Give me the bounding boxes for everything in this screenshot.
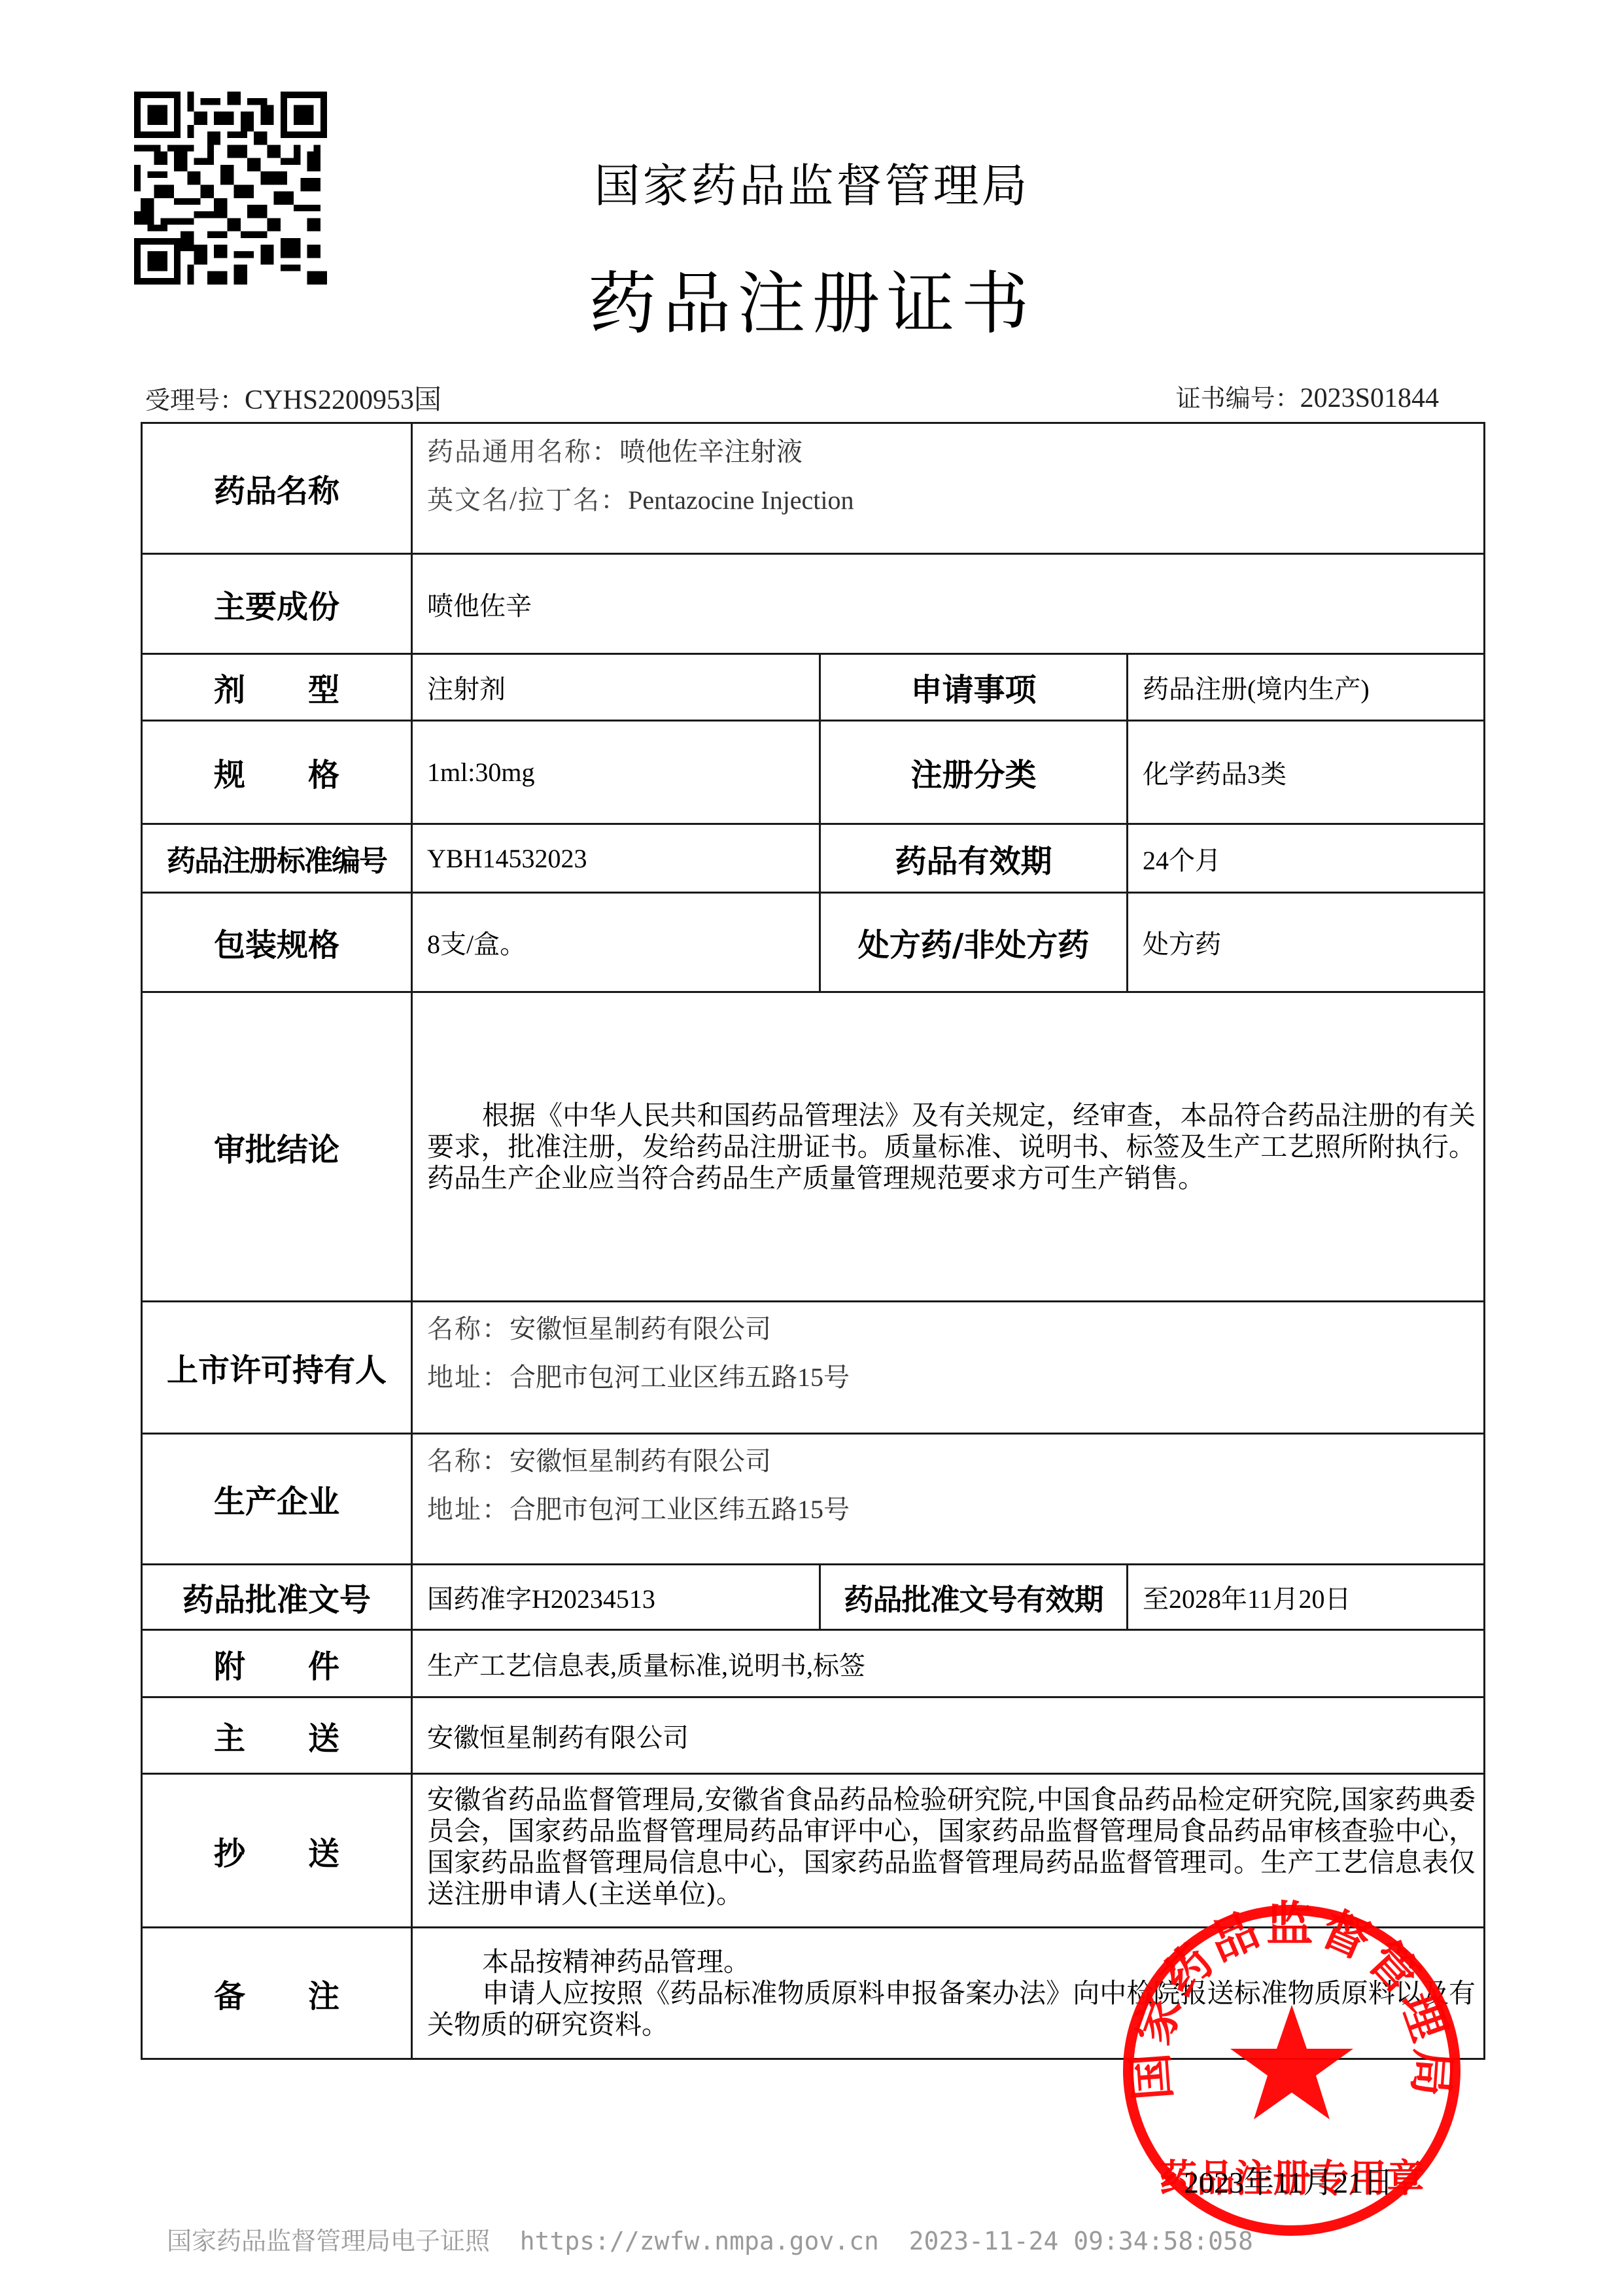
- value-main-recipient: 安徽恒星制药有限公司: [412, 1697, 1485, 1774]
- value-application-item: 药品注册(境内生产): [1128, 654, 1485, 721]
- value-main-ingredient: 喷他佐辛: [412, 554, 1485, 654]
- value-drug-name: 药品通用名称：喷他佐辛注射液 英文名/拉丁名：Pentazocine Injec…: [412, 423, 1485, 554]
- acceptance-number-value: CYHS2200953国: [245, 385, 441, 415]
- value-conclusion: 根据《中华人民共和国药品管理法》及有关规定，经审查，本品符合药品注册的有关要求，…: [412, 992, 1485, 1302]
- manufacturer-name: 安徽恒星制药有限公司: [510, 1446, 771, 1476]
- footer-url[interactable]: https://zwfw.nmpa.gov.cn: [520, 2227, 879, 2255]
- row-drug-name: 药品名称 药品通用名称：喷他佐辛注射液 英文名/拉丁名：Pentazocine …: [142, 423, 1485, 554]
- value-standard-number: YBH14532023: [412, 824, 820, 893]
- value-approval-number: 国药准字H20234513: [412, 1565, 820, 1630]
- value-attachments: 生产工艺信息表,质量标准,说明书,标签: [412, 1630, 1485, 1697]
- certificate-number-value: 2023S01844: [1300, 383, 1439, 413]
- manufacturer-address-label: 地址：: [427, 1495, 510, 1524]
- label-approval-number: 药品批准文号: [142, 1565, 412, 1630]
- certificate-title: 药品注册证书: [0, 249, 1624, 347]
- manufacturer-name-label: 名称：: [427, 1446, 510, 1476]
- english-name-value: Pentazocine Injection: [628, 485, 854, 515]
- row-main-ingredient: 主要成份 喷他佐辛: [142, 554, 1485, 654]
- value-cc: 安徽省药品监督管理局,安徽省食品药品检验研究院,中国食品药品检定研究院,国家药典…: [412, 1774, 1485, 1928]
- value-specification: 1ml:30mg: [412, 721, 820, 824]
- label-registration-class: 注册分类: [820, 721, 1128, 824]
- label-main-recipient: 主送: [142, 1697, 412, 1774]
- label-approval-validity: 药品批准文号有效期: [820, 1565, 1128, 1630]
- certificate-number-label: 证书编号：: [1176, 384, 1300, 413]
- value-rx-otc: 处方药: [1128, 893, 1485, 992]
- conclusion-text: 根据《中华人民共和国药品管理法》及有关规定，经审查，本品符合药品注册的有关要求，…: [413, 1100, 1483, 1194]
- label-packaging: 包装规格: [142, 893, 412, 992]
- label-dosage-form: 剂型: [142, 654, 412, 721]
- row-conclusion: 审批结论 根据《中华人民共和国药品管理法》及有关规定，经审查，本品符合药品注册的…: [142, 992, 1485, 1302]
- mah-name: 安徽恒星制药有限公司: [510, 1314, 771, 1344]
- row-cc: 抄送 安徽省药品监督管理局,安徽省食品药品检验研究院,中国食品药品检定研究院,国…: [142, 1774, 1485, 1928]
- value-registration-class: 化学药品3类: [1128, 721, 1485, 824]
- label-manufacturer: 生产企业: [142, 1434, 412, 1565]
- acceptance-number-label: 受理号：: [145, 386, 245, 415]
- row-remarks: 备注 本品按精神药品管理。 申请人应按照《药品标准物质原料申报备案办法》向中检院…: [142, 1928, 1485, 2059]
- english-name-label: 英文名/拉丁名：: [427, 485, 628, 515]
- mah-name-label: 名称：: [427, 1314, 510, 1344]
- mah-address: 合肥市包河工业区纬五路15号: [510, 1363, 850, 1392]
- remarks-line-1: 本品按精神药品管理。: [413, 1946, 1483, 1977]
- label-drug-name: 药品名称: [142, 423, 412, 554]
- mah-address-label: 地址：: [427, 1363, 510, 1392]
- footer-timestamp: 2023-11-24 09:34:58:058: [909, 2227, 1253, 2255]
- label-attachments: 附件: [142, 1630, 412, 1697]
- value-remarks: 本品按精神药品管理。 申请人应按照《药品标准物质原料申报备案办法》向中检院报送标…: [412, 1928, 1485, 2059]
- label-conclusion: 审批结论: [142, 992, 412, 1302]
- row-specification: 规格 1ml:30mg 注册分类 化学药品3类: [142, 721, 1485, 824]
- row-main-recipient: 主送 安徽恒星制药有限公司: [142, 1697, 1485, 1774]
- row-dosage-form: 剂型 注射剂 申请事项 药品注册(境内生产): [142, 654, 1485, 721]
- value-approval-validity: 至2028年11月20日: [1128, 1565, 1485, 1630]
- issue-date: 2023年11月21日: [1184, 2159, 1393, 2202]
- generic-name-label: 药品通用名称：: [427, 437, 619, 466]
- agency-name: 国家药品监督管理局: [0, 149, 1624, 215]
- label-mah: 上市许可持有人: [142, 1302, 412, 1434]
- label-shelf-life: 药品有效期: [820, 824, 1128, 893]
- remarks-line-2: 申请人应按照《药品标准物质原料申报备案办法》向中检院报送标准物质原料以及有关物质…: [413, 1977, 1483, 2040]
- row-manufacturer: 生产企业 名称：安徽恒星制药有限公司 地址：合肥市包河工业区纬五路15号: [142, 1434, 1485, 1565]
- cc-text: 安徽省药品监督管理局,安徽省食品药品检验研究院,中国食品药品检定研究院,国家药典…: [413, 1784, 1483, 1909]
- value-manufacturer: 名称：安徽恒星制药有限公司 地址：合肥市包河工业区纬五路15号: [412, 1434, 1485, 1565]
- row-attachments: 附件 生产工艺信息表,质量标准,说明书,标签: [142, 1630, 1485, 1697]
- value-dosage-form: 注射剂: [412, 654, 820, 721]
- label-rx-otc: 处方药/非处方药: [820, 893, 1128, 992]
- footer: 国家药品监督管理局电子证照 https://zwfw.nmpa.gov.cn 2…: [167, 2221, 1253, 2257]
- value-packaging: 8支/盒。: [412, 893, 820, 992]
- label-remarks: 备注: [142, 1928, 412, 2059]
- row-approval-number: 药品批准文号 国药准字H20234513 药品批准文号有效期 至2028年11月…: [142, 1565, 1485, 1630]
- label-specification: 规格: [142, 721, 412, 824]
- label-standard-number: 药品注册标准编号: [142, 824, 412, 893]
- generic-name-value: 喷他佐辛注射液: [619, 437, 803, 466]
- row-standard-number: 药品注册标准编号 YBH14532023 药品有效期 24个月: [142, 824, 1485, 893]
- certificate-number: 证书编号：2023S01844: [1176, 378, 1439, 414]
- label-main-ingredient: 主要成份: [142, 554, 412, 654]
- acceptance-number: 受理号：CYHS2200953国: [145, 378, 441, 417]
- value-mah: 名称：安徽恒星制药有限公司 地址：合肥市包河工业区纬五路15号: [412, 1302, 1485, 1434]
- label-cc: 抄送: [142, 1774, 412, 1928]
- manufacturer-address: 合肥市包河工业区纬五路15号: [510, 1495, 850, 1524]
- footer-source: 国家药品监督管理局电子证照: [167, 2227, 490, 2255]
- certificate-table: 药品名称 药品通用名称：喷他佐辛注射液 英文名/拉丁名：Pentazocine …: [141, 422, 1485, 2060]
- value-shelf-life: 24个月: [1128, 824, 1485, 893]
- label-application-item: 申请事项: [820, 654, 1128, 721]
- row-packaging: 包装规格 8支/盒。 处方药/非处方药 处方药: [142, 893, 1485, 992]
- row-mah: 上市许可持有人 名称：安徽恒星制药有限公司 地址：合肥市包河工业区纬五路15号: [142, 1302, 1485, 1434]
